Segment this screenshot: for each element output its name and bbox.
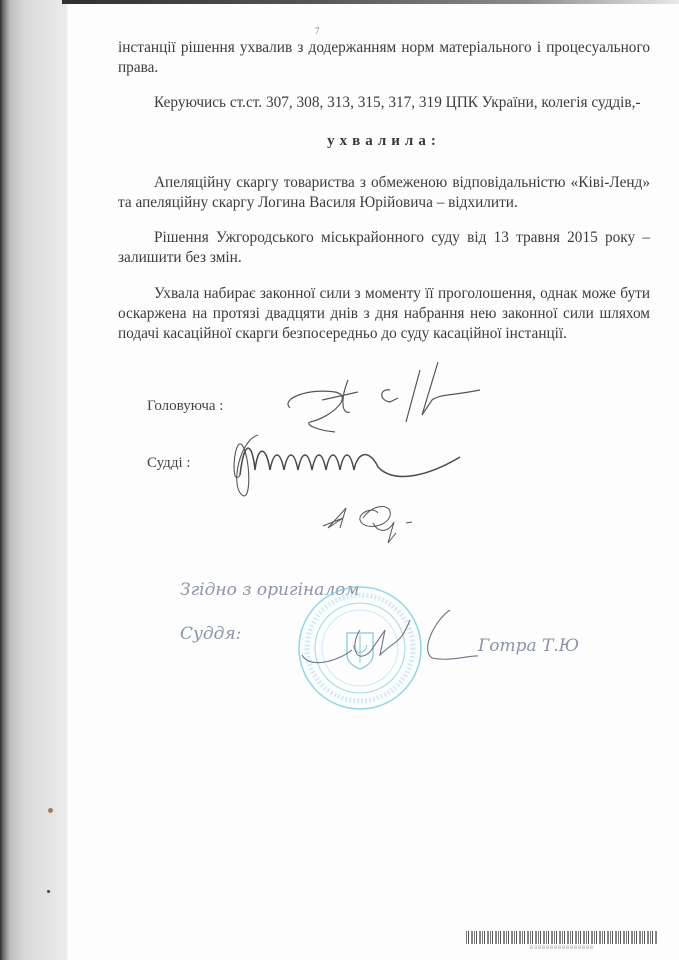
presiding-judge-label: Головуюча : — [147, 398, 223, 415]
document-barcode-icon — [466, 931, 658, 944]
certification-judge-label: Суддя: — [180, 624, 241, 644]
paragraph-decision-upheld: Рішення Ужгородського міськрайонного суд… — [118, 228, 650, 268]
scan-speck — [48, 808, 53, 813]
decision-heading: ухвалила: — [118, 133, 650, 150]
certification-signature-icon — [300, 600, 480, 680]
barcode-number: 8300000000000000 — [530, 945, 594, 951]
paragraph-appeal-rejected: Апеляційну скаргу товариства з обмеженою… — [118, 173, 650, 213]
certification-judge-name: Готра Т.Ю — [478, 636, 579, 656]
paragraph-legal-basis: Керуючись ст.ст. 307, 308, 313, 315, 317… — [118, 93, 650, 113]
judges-label: Судді : — [147, 455, 191, 472]
scan-edge-shadow — [0, 0, 68, 960]
page-number: 7 — [315, 26, 320, 36]
paragraph-continuation: інстанції рішення ухвалив з додержанням … — [118, 38, 650, 78]
scan-top-shadow — [62, 0, 679, 4]
second-judge-signature-icon — [318, 488, 428, 548]
paragraph-entry-into-force: Ухвала набирає законної сили з моменту ї… — [118, 284, 650, 344]
scan-speck — [47, 890, 50, 893]
